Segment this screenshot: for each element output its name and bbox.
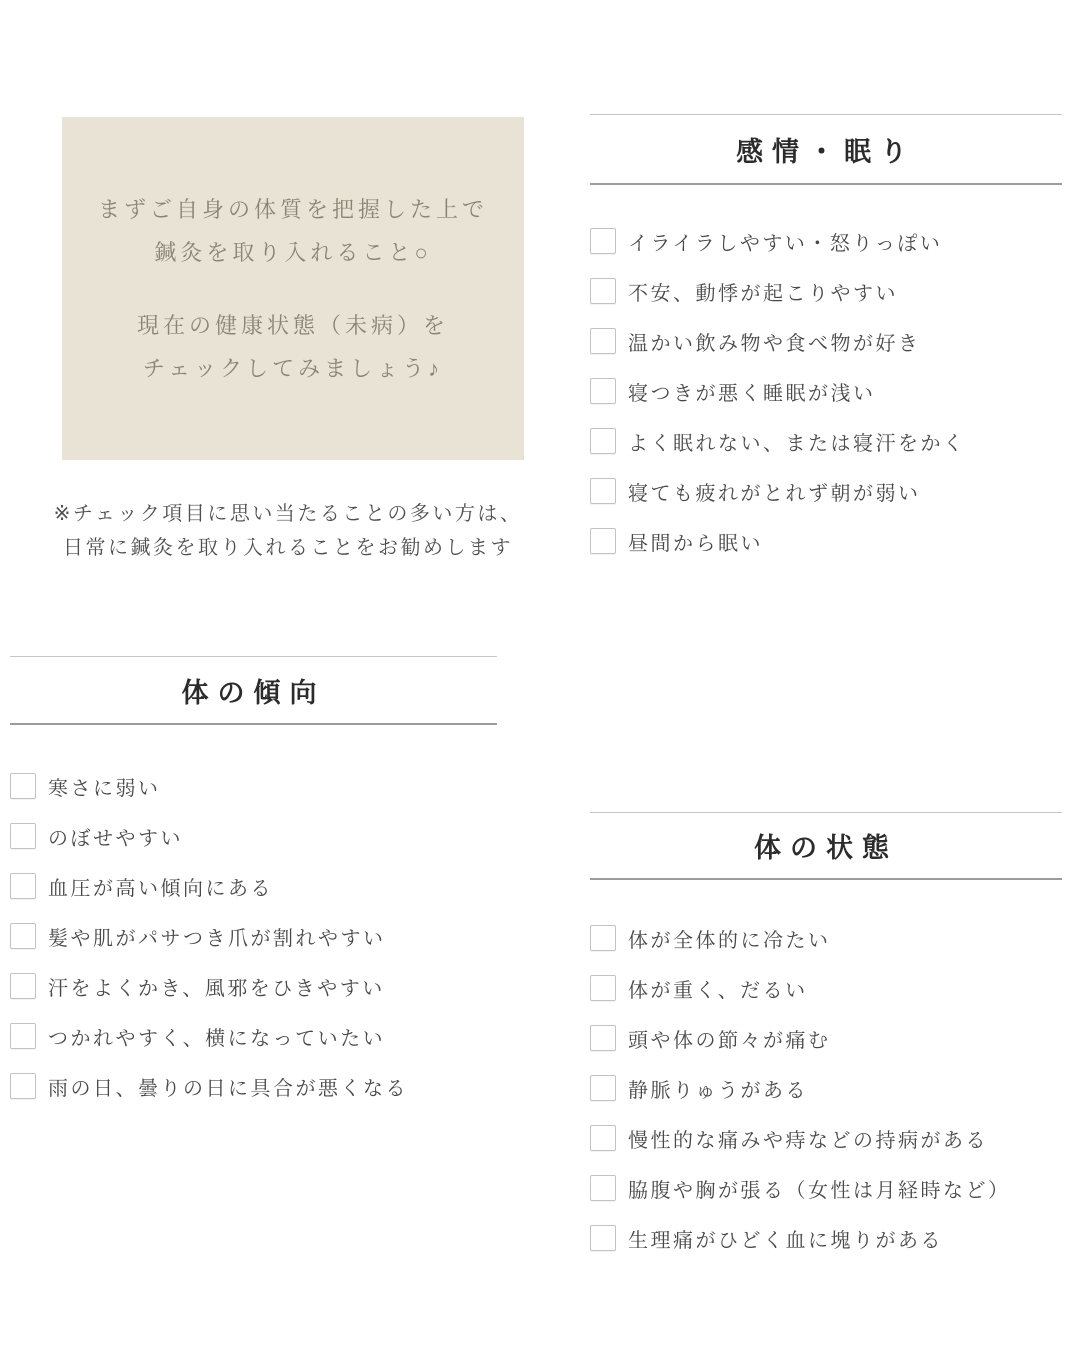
checklist-body-condition: 体が全体的に冷たい 体が重く、だるい 頭や体の節々が痛む 静脈りゅうがある 慢性… (590, 913, 1080, 1263)
note: ※チェック項目に思い当たることの多い方は、 日常に鍼灸を取り入れることをお勧めし… (0, 497, 576, 565)
checkbox[interactable] (590, 975, 616, 1001)
checklist-item-label: 慢性的な痛みや痔などの持病がある (628, 1124, 988, 1153)
checklist-item: 汗をよくかき、風邪をひきやすい (10, 961, 510, 1011)
intro-paragraph-2: 現在の健康状態（未病）を チェックしてみましょう♪ (137, 304, 449, 390)
checklist-item-label: 昼間から眠い (628, 527, 763, 556)
checkbox[interactable] (590, 328, 616, 354)
checkbox[interactable] (590, 278, 616, 304)
checkbox[interactable] (10, 773, 36, 799)
section-title-body-condition: 体の状態 (754, 826, 898, 865)
checklist-item-label: 血圧が高い傾向にある (48, 872, 273, 901)
checkbox[interactable] (590, 1125, 616, 1151)
checkbox[interactable] (590, 528, 616, 554)
intro-box: まずご自身の体質を把握した上で 鍼灸を取り入れること○ 現在の健康状態（未病）を… (62, 117, 524, 460)
checkbox[interactable] (10, 1073, 36, 1099)
checklist-item: イライラしやすい・怒りっぽい (590, 216, 1062, 266)
checkbox[interactable] (10, 873, 36, 899)
checklist-item: 温かい飲み物や食べ物が好き (590, 316, 1062, 366)
note-line-2: 日常に鍼灸を取り入れることをお勧めします (0, 531, 576, 565)
checklist-item: 生理痛がひどく血に塊りがある (590, 1213, 1080, 1263)
checklist-item: 寒さに弱い (10, 761, 510, 811)
checklist-item-label: 体が重く、だるい (628, 974, 808, 1003)
checklist-item-label: 髪や肌がパサつき爪が割れやすい (48, 922, 386, 951)
checkbox[interactable] (10, 973, 36, 999)
checklist-item: のぼせやすい (10, 811, 510, 861)
section-header-body-condition: 体の状態 (590, 812, 1062, 880)
checkbox[interactable] (590, 1175, 616, 1201)
checklist-item-label: 寝ても疲れがとれず朝が弱い (628, 477, 921, 506)
intro-line-4: チェックしてみましょう♪ (143, 356, 443, 381)
checklist-item-label: 静脈りゅうがある (628, 1074, 808, 1103)
checklist-item: 脇腹や胸が張る（女性は月経時など） (590, 1163, 1080, 1213)
intro-line-1: まずご自身の体質を把握した上で (98, 197, 488, 222)
checklist-item: 寝つきが悪く睡眠が浅い (590, 366, 1062, 416)
checklist-item: 不安、動悸が起こりやすい (590, 266, 1062, 316)
intro-line-2: 鍼灸を取り入れること○ (154, 240, 431, 265)
checklist-item-label: 寒さに弱い (48, 772, 161, 801)
checklist-body-tendency: 寒さに弱い のぼせやすい 血圧が高い傾向にある 髪や肌がパサつき爪が割れやすい … (10, 761, 510, 1111)
checklist-item-label: イライラしやすい・怒りっぽい (628, 227, 942, 256)
checkbox[interactable] (590, 1075, 616, 1101)
note-line-1: ※チェック項目に思い当たることの多い方は、 (0, 497, 576, 531)
checklist-item: よく眠れない、または寝汗をかく (590, 416, 1062, 466)
checkbox[interactable] (590, 378, 616, 404)
checkbox[interactable] (590, 925, 616, 951)
checklist-item: 寝ても疲れがとれず朝が弱い (590, 466, 1062, 516)
checklist-item-label: よく眠れない、または寝汗をかく (628, 427, 966, 456)
checkbox[interactable] (10, 1023, 36, 1049)
checkbox[interactable] (590, 1225, 616, 1251)
checklist-item: 雨の日、曇りの日に具合が悪くなる (10, 1061, 510, 1111)
checklist-item: 頭や体の節々が痛む (590, 1013, 1080, 1063)
checklist-item: 血圧が高い傾向にある (10, 861, 510, 911)
checklist-item-label: 不安、動悸が起こりやすい (628, 277, 898, 306)
checklist-item: 静脈りゅうがある (590, 1063, 1080, 1113)
section-header-emotion-sleep: 感情・眠り (590, 114, 1062, 185)
checkbox[interactable] (590, 428, 616, 454)
checklist-item-label: 生理痛がひどく血に塊りがある (628, 1224, 943, 1253)
checklist-item: 昼間から眠い (590, 516, 1062, 566)
checklist-item: 体が重く、だるい (590, 963, 1080, 1013)
checklist-item-label: 体が全体的に冷たい (628, 924, 831, 953)
checklist-item-label: 寝つきが悪く睡眠が浅い (628, 377, 876, 406)
checkbox[interactable] (590, 1025, 616, 1051)
checklist-emotion-sleep: イライラしやすい・怒りっぽい 不安、動悸が起こりやすい 温かい飲み物や食べ物が好… (590, 216, 1062, 566)
checkbox[interactable] (10, 823, 36, 849)
section-title-body-tendency: 体の傾向 (182, 671, 326, 710)
checkbox[interactable] (10, 923, 36, 949)
section-header-body-tendency: 体の傾向 (10, 656, 497, 725)
checklist-item-label: 温かい飲み物や食べ物が好き (628, 327, 921, 356)
checklist-item-label: 汗をよくかき、風邪をひきやすい (48, 972, 385, 1001)
checklist-item-label: つかれやすく、横になっていたい (48, 1022, 385, 1051)
checklist-item: 慢性的な痛みや痔などの持病がある (590, 1113, 1080, 1163)
checklist-item-label: のぼせやすい (48, 822, 183, 851)
checkbox[interactable] (590, 228, 616, 254)
checklist-item: つかれやすく、横になっていたい (10, 1011, 510, 1061)
intro-line-3: 現在の健康状態（未病）を (137, 313, 449, 338)
section-title-emotion-sleep: 感情・眠り (736, 130, 916, 169)
checklist-item-label: 頭や体の節々が痛む (628, 1024, 831, 1053)
health-checklist-page: { "intro_box": { "lines": [ "まずご自身の体質を把握… (0, 0, 1080, 1349)
checklist-item: 髪や肌がパサつき爪が割れやすい (10, 911, 510, 961)
checkbox[interactable] (590, 478, 616, 504)
checklist-item: 体が全体的に冷たい (590, 913, 1080, 963)
checklist-item-label: 雨の日、曇りの日に具合が悪くなる (48, 1072, 408, 1101)
intro-paragraph-1: まずご自身の体質を把握した上で 鍼灸を取り入れること○ (98, 188, 488, 274)
checklist-item-label: 脇腹や胸が張る（女性は月経時など） (628, 1174, 1011, 1203)
